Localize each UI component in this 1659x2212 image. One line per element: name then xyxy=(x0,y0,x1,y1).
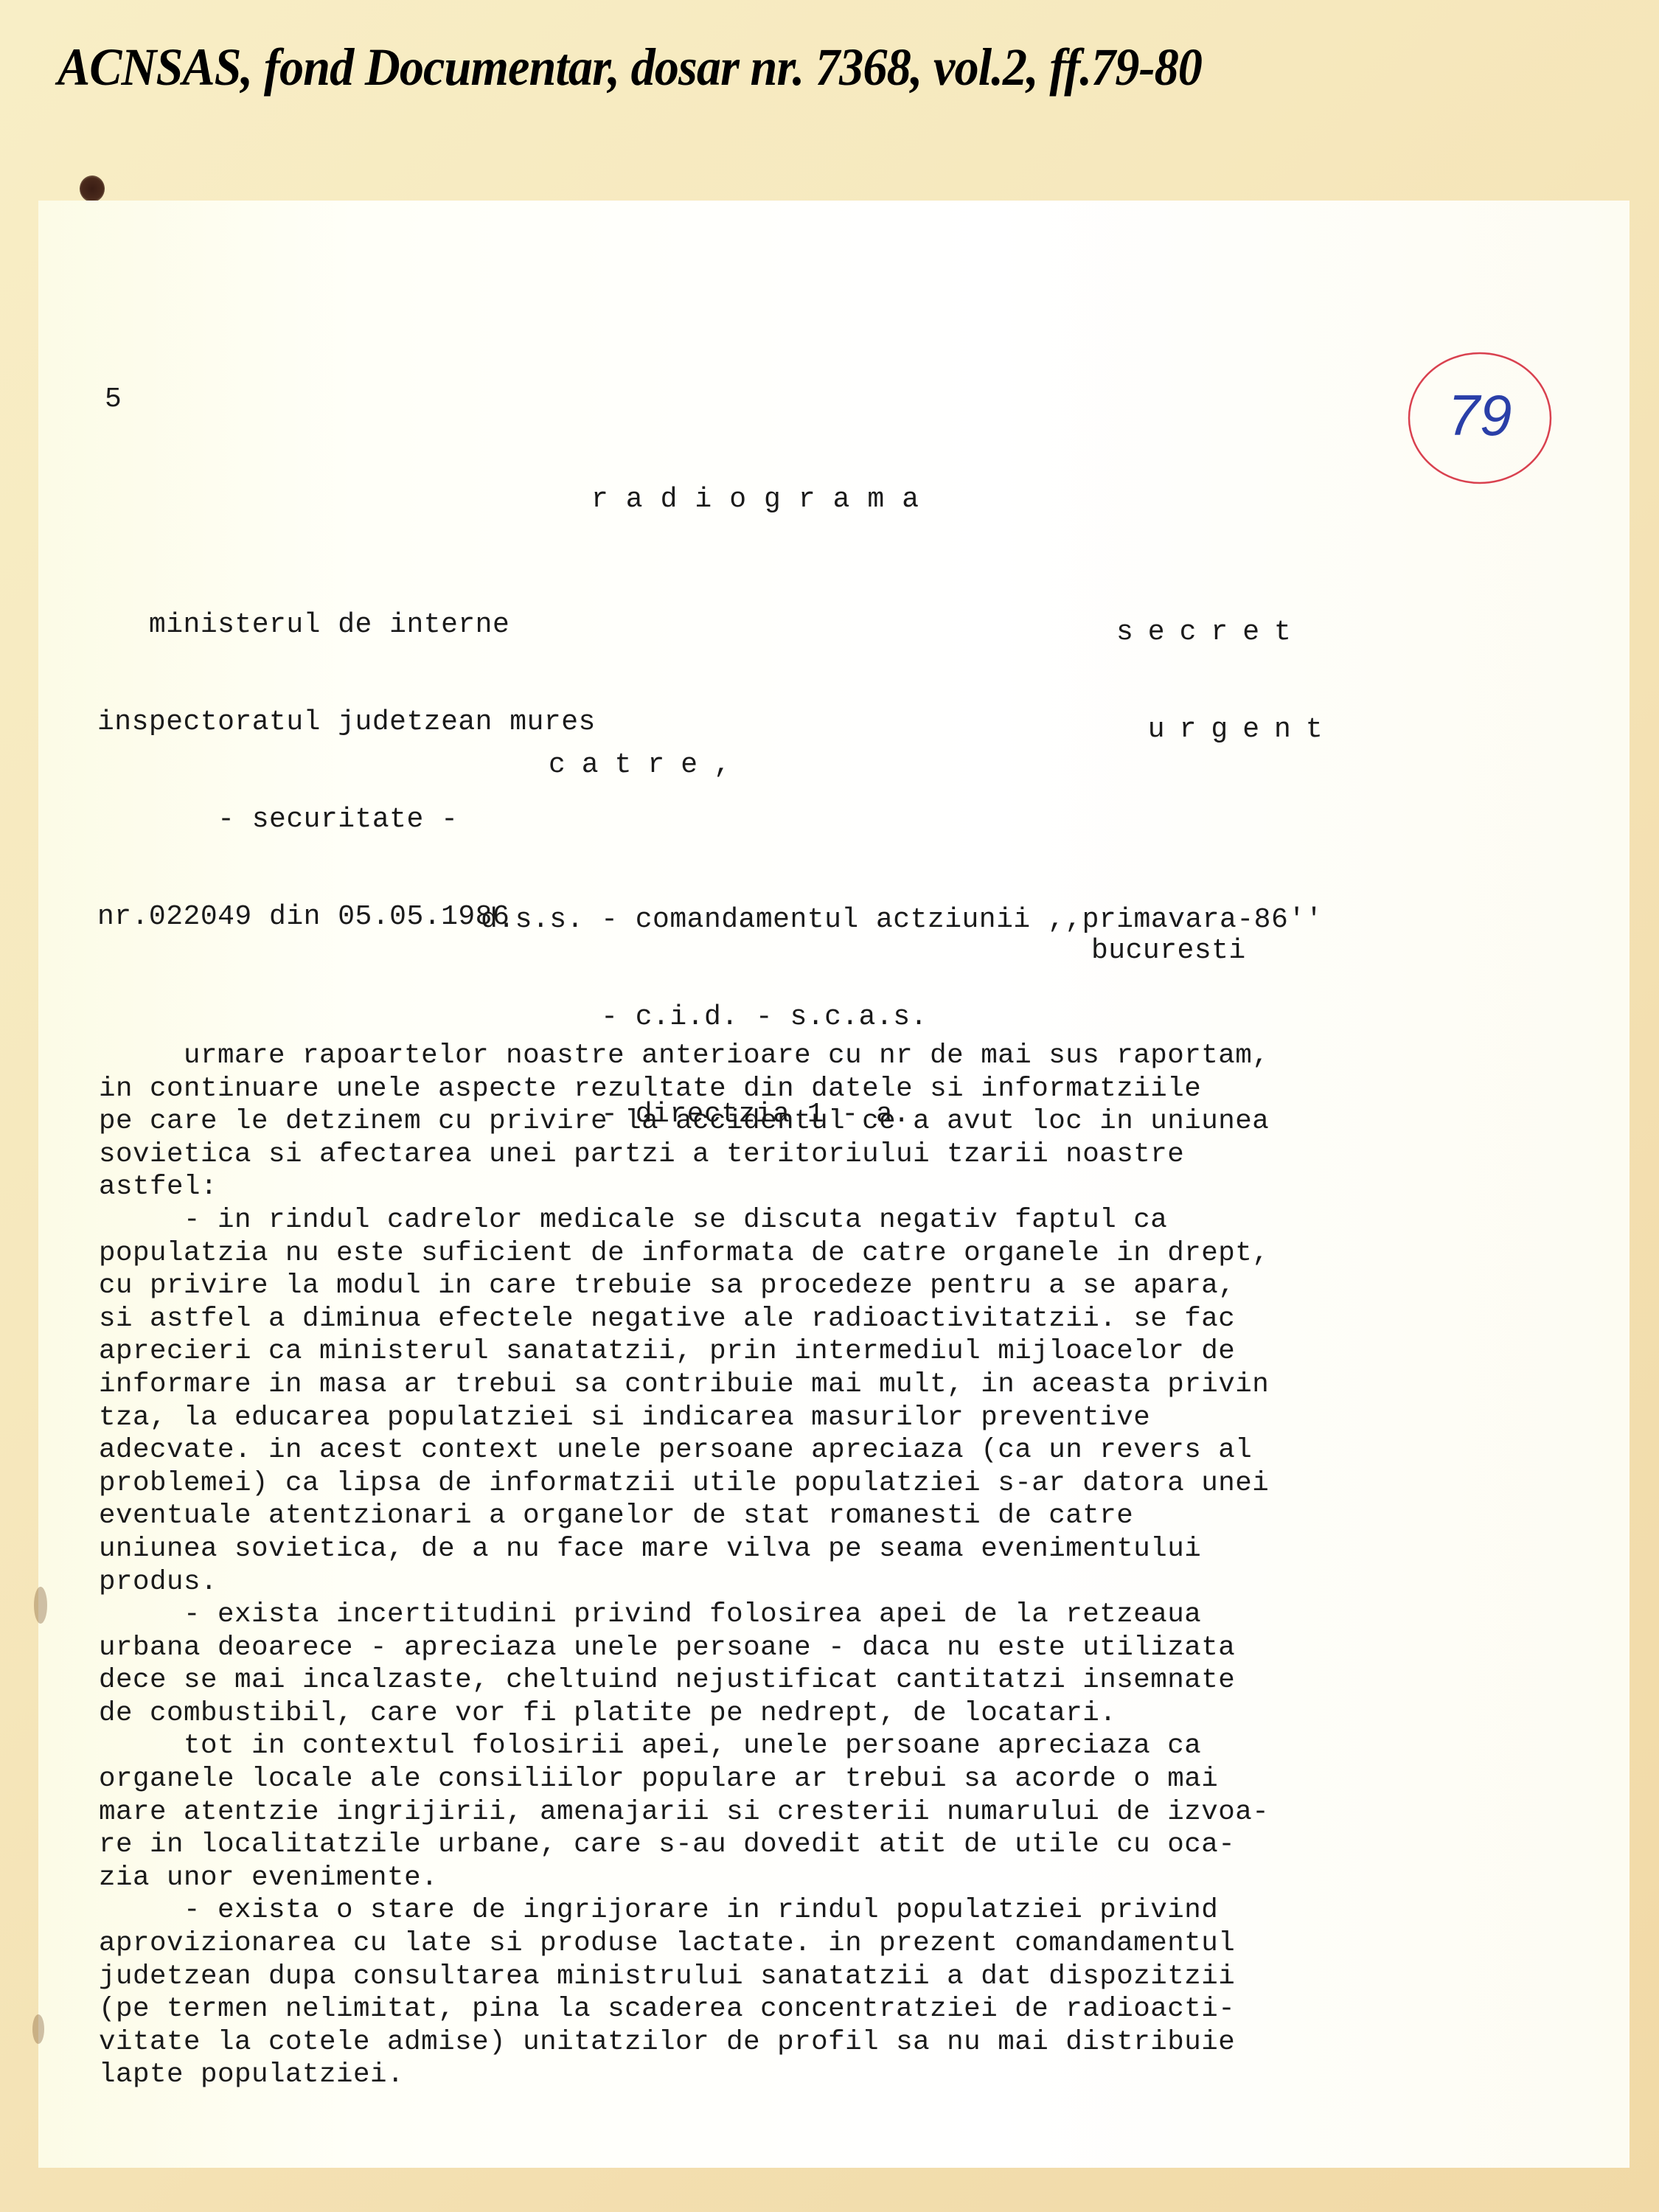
body-line: de combustibil, care vor fi platite pe n… xyxy=(99,1697,1269,1731)
body-line: vitate la cotele admise) unitatzilor de … xyxy=(99,2026,1269,2059)
body-line: organele locale ale consiliilor populare… xyxy=(99,1763,1269,1796)
sender-line: - securitate - xyxy=(97,804,596,836)
folio-number: 79 xyxy=(1448,383,1512,448)
body-line: in continuare unele aspecte rezultate di… xyxy=(99,1073,1269,1106)
body-line: astfel: xyxy=(99,1171,1269,1204)
document-title: radiograma xyxy=(591,484,936,516)
sender-line: ministerul de interne xyxy=(97,609,596,641)
body-line: produs. xyxy=(99,1566,1269,1599)
body-line: aprecieri ca ministerul sanatatzii, prin… xyxy=(99,1335,1269,1368)
addressee-line: d.s.s. - comandamentul actziunii ,,prima… xyxy=(481,904,1323,936)
binder-hole xyxy=(80,175,105,202)
body-line: eventuale atentzionari a organelor de st… xyxy=(99,1500,1269,1533)
body-line: urmare rapoartelor noastre anterioare cu… xyxy=(99,1040,1269,1073)
classification-secret: secret xyxy=(1116,616,1338,649)
body-line: sovietica si afectarea unei partzi a ter… xyxy=(99,1138,1269,1172)
body-line: si astfel a diminua efectele negative al… xyxy=(99,1303,1269,1336)
recipient-label: catre, xyxy=(549,749,747,782)
sender-line: inspectoratul judetzean mures xyxy=(97,706,596,739)
body-line: - exista incertitudini privind folosirea… xyxy=(99,1599,1269,1632)
body-line: mare atentzie ingrijirii, amenajarii si … xyxy=(99,1796,1269,1829)
classification-urgent: urgent xyxy=(1116,714,1338,746)
body-line: tot in contextul folosirii apei, unele p… xyxy=(99,1730,1269,1763)
body-line: - in rindul cadrelor medicale se discuta… xyxy=(99,1204,1269,1237)
archive-reference-caption: ACNSAS, fond Documentar, dosar nr. 7368,… xyxy=(58,37,1202,98)
addressee-line: - c.i.d. - s.c.a.s. xyxy=(481,1001,1323,1034)
classification-block: secret urgent xyxy=(1116,552,1338,811)
body-line: pe care le detzinem cu privire la accide… xyxy=(99,1105,1269,1138)
body-line: zia unor evenimente. xyxy=(99,1862,1269,1895)
document-body: urmare rapoartelor noastre anterioare cu… xyxy=(99,1040,1269,2092)
body-line: - exista o stare de ingrijorare in rindu… xyxy=(99,1894,1269,1927)
page-number: 5 xyxy=(105,383,122,416)
body-line: populatzia nu este suficient de informat… xyxy=(99,1237,1269,1270)
body-line: (pe termen nelimitat, pina la scaderea c… xyxy=(99,1993,1269,2026)
body-line: problemei) ca lipsa de informatzii utile… xyxy=(99,1467,1269,1500)
body-line: cu privire la modul in care trebuie sa p… xyxy=(99,1270,1269,1303)
body-line: dece se mai incalzaste, cheltuind nejust… xyxy=(99,1664,1269,1697)
body-line: adecvate. in acest context unele persoan… xyxy=(99,1434,1269,1467)
paper-stain xyxy=(34,1587,47,1624)
body-line: re in localitatzile urbane, care s-au do… xyxy=(99,1829,1269,1862)
body-line: tza, la educarea populatziei si indicare… xyxy=(99,1402,1269,1435)
body-line: lapte populatziei. xyxy=(99,2059,1269,2092)
body-line: informare in masa ar trebui sa contribui… xyxy=(99,1368,1269,1402)
body-line: judetzean dupa consultarea ministrului s… xyxy=(99,1961,1269,1994)
paper-stain xyxy=(32,2014,44,2044)
body-line: aprovizionarea cu late si produse lactat… xyxy=(99,1927,1269,1961)
folio-stamp: 79 xyxy=(1402,348,1557,495)
destination-city: bucuresti xyxy=(1091,935,1246,967)
body-line: urbana deoarece - apreciaza unele persoa… xyxy=(99,1632,1269,1665)
document-page: 5 79 radiograma ministerul de interne in… xyxy=(38,201,1630,2168)
body-line: uniunea sovietica, de a nu face mare vil… xyxy=(99,1533,1269,1566)
